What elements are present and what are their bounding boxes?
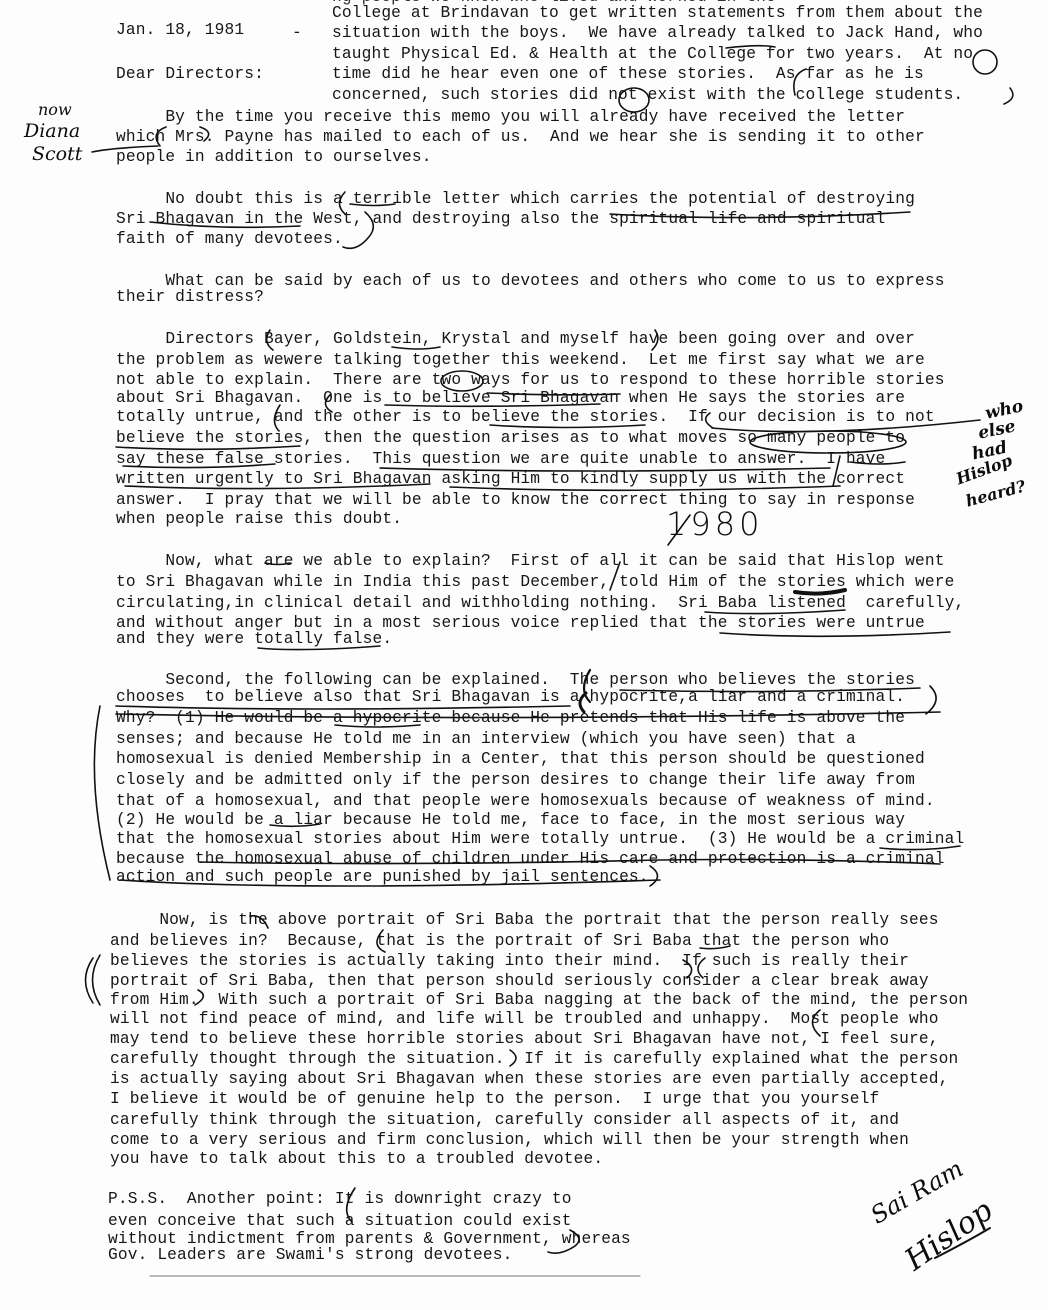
- paragraph-line: (2) He would be a liar because He told m…: [116, 811, 905, 829]
- paragraph-line: written urgently to Sri Bhagavan asking …: [116, 470, 905, 488]
- margin-bracket-2: [86, 958, 94, 1003]
- paragraph-line: to Sri Bhagavan while in India this past…: [116, 573, 954, 591]
- paragraph-line: totally untrue, and the other is to beli…: [116, 408, 935, 426]
- paragraph-line: chooses to believe also that Sri Bhagava…: [116, 688, 905, 706]
- paragraph-line: come to a very serious and firm conclusi…: [110, 1131, 909, 1149]
- paragraph-line: and believes in? Because, that is the po…: [110, 932, 889, 950]
- paragraph-line: people in addition to ourselves.: [116, 148, 432, 166]
- paragraph-line: believes the stories is actually taking …: [110, 952, 909, 970]
- paragraph-line: Directors Bayer, Goldstein, Krystal and …: [116, 330, 915, 348]
- postscript-line: even conceive that such a situation coul…: [108, 1212, 572, 1230]
- paragraph-line: carefully thought through the situation.…: [110, 1050, 958, 1068]
- paragraph-line: homosexual is denied Membership in a Cen…: [116, 750, 925, 768]
- handwritten-note-diana: Diana: [24, 120, 80, 142]
- paragraph-line: when people raise this doubt.: [116, 510, 402, 528]
- paragraph-line: that of a homosexual, and that people we…: [116, 792, 935, 810]
- paragraph-line: senses; and because He told me in an int…: [116, 730, 856, 748]
- paragraph-line: Now, what are we able to explain? First …: [116, 552, 945, 570]
- paragraph-line: closely and be admitted only if the pers…: [116, 771, 915, 789]
- paragraph-line: is actually saying about Sri Bhagavan wh…: [110, 1070, 948, 1088]
- intro-line: time did he hear even one of these stori…: [332, 65, 924, 83]
- letter-date: Jan. 18, 1981: [116, 21, 244, 39]
- postscript-line: Gov. Leaders are Swami's strong devotees…: [108, 1246, 512, 1264]
- paragraph-line: because the homosexual abuse of children…: [116, 850, 945, 868]
- paragraph-line: Why? (1) He would be a hypocrite because…: [116, 709, 905, 727]
- handwritten-note-scott: Scott: [32, 143, 82, 165]
- paragraph-line: Second, the following can be explained. …: [116, 671, 915, 689]
- letter-page: Jan. 18, 1981 - Dear Directors: ng peopl…: [0, 0, 1048, 1310]
- salutation: Dear Directors:: [116, 65, 264, 83]
- paragraph-line: not able to explain. There are two ways …: [116, 371, 945, 389]
- postscript-line: P.S.S. Another point: It is downright cr…: [108, 1190, 572, 1208]
- paragraph-line: By the time you receive this memo you wi…: [116, 108, 905, 126]
- paragraph-line: and they were totally false.: [116, 630, 392, 648]
- paragraph-line: No doubt this is a terrible letter which…: [116, 190, 915, 208]
- handwritten-year: 1980: [666, 505, 763, 543]
- paragraph-line: their distress?: [116, 288, 264, 306]
- paragraph-line: will not find peace of mind, and life wi…: [110, 1010, 939, 1028]
- intro-line: concerned, such stories did not exist wi…: [332, 86, 963, 104]
- intro-line: situation with the boys. We have already…: [332, 24, 983, 42]
- margin-bracket-1: [93, 955, 101, 1005]
- paragraph-line: the problem as wewere talking together t…: [116, 351, 925, 369]
- paragraph-line: say these false stories. This question w…: [116, 450, 885, 468]
- paragraph-line: which Mrs. Payne has mailed to each of u…: [116, 128, 925, 146]
- paragraph-line: Now, is the above portrait of Sri Baba t…: [110, 911, 939, 929]
- stray-dash: -: [292, 24, 302, 42]
- circle-no: [973, 50, 997, 74]
- underline-stories-untrue: [720, 632, 950, 636]
- paragraph-line: you have to talk about this to a trouble…: [110, 1150, 603, 1168]
- handwritten-note-now: now: [38, 100, 72, 119]
- paragraph-line: answer. I pray that we will be able to k…: [116, 491, 915, 509]
- intro-line: taught Physical Ed. & Health at the Coll…: [332, 45, 973, 63]
- bracket-criminal: [926, 686, 936, 714]
- paragraph-line: I believe it would be of genuine help to…: [110, 1090, 879, 1108]
- paragraph-line: believe the stories, then the question a…: [116, 429, 905, 447]
- paragraph-line: from Him. With such a portrait of Sri Ba…: [110, 991, 968, 1009]
- paragraph-line: Sri Bhagavan in the West, and destroying…: [116, 210, 885, 228]
- paragraph-line: carefully think through the situation, c…: [110, 1111, 899, 1129]
- paragraph-line: about Sri Bhagavan. One is to believe Sr…: [116, 389, 905, 407]
- paragraph-line: circulating,in clinical detail and withh…: [116, 594, 964, 612]
- paragraph-line: may tend to believe these horrible stori…: [110, 1030, 939, 1048]
- intro-line: College at Brindavan to get written stat…: [332, 4, 983, 22]
- bracket-sentences: [650, 866, 658, 886]
- bracket-left-paragraph: [94, 706, 110, 880]
- paragraph-line: that the homosexual stories about Him we…: [116, 830, 964, 848]
- paragraph-line: portrait of Sri Baba, then that person s…: [110, 972, 929, 990]
- paragraph-line: action and such people are punished by j…: [116, 868, 649, 886]
- bracket-close-students: [1004, 88, 1013, 104]
- bottom-scan-line: [150, 1276, 640, 1277]
- paragraph-line: faith of many devotees.: [116, 230, 343, 248]
